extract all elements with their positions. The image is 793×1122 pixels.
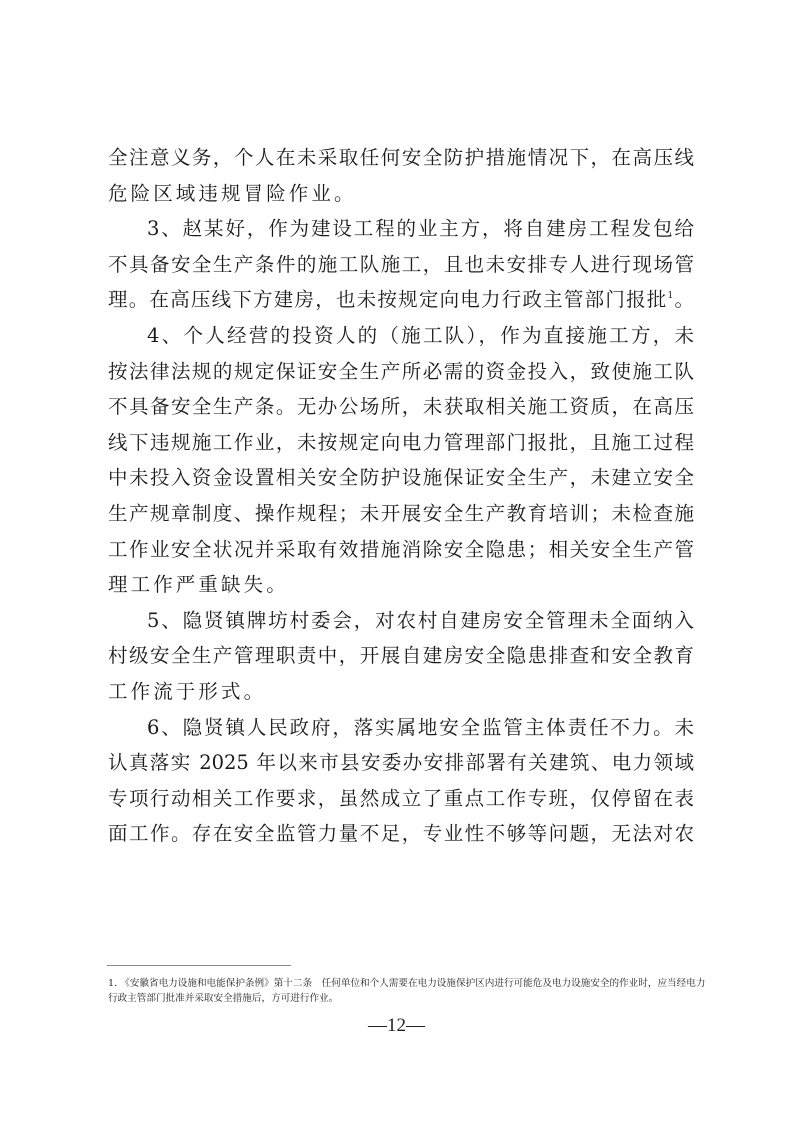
line-text: 理工作严重缺失。 [108, 573, 289, 596]
line-text: 按法律法规的规定保证安全生产所必需的资金投入，致使施工队 [108, 360, 694, 383]
line-text: 认真落实 2025 年以来市县安委办安排部署有关建筑、电力领域 [108, 751, 694, 774]
document-page: 全注意义务，个人在未采取任何安全防护措施情况下，在高压线危险区域违规冒险作业。3… [0, 0, 793, 1122]
line-text: 工作流于形式。 [108, 680, 266, 703]
text-line: 工作流于形式。 [108, 674, 694, 710]
line-text: 5、隐贤镇牌坊村委会，对农村自建房安全管理未全面纳入 [147, 609, 694, 632]
line-tail: 。 [673, 288, 694, 311]
line-text: 面工作。存在安全监管力量不足，专业性不够等问题，无法对农 [108, 822, 694, 845]
footnote-line-1: 1. 《安徽省电力设施和电能保护条例》第十二条 任何单位和个人需要在电力设施保护… [108, 976, 694, 991]
text-line: 理。在高压线下方建房，也未按规定向电力行政主管部门报批1。 [108, 282, 694, 318]
line-text: 生产规章制度、操作规程；未开展安全生产教育培训；未检查施 [108, 502, 694, 525]
line-text: 中未投入资金设置相关安全防护设施保证安全生产，未建立安全 [108, 466, 694, 489]
line-text: 3、赵某好，作为建设工程的业主方，将自建房工程发包给 [147, 217, 694, 240]
footnote-separator [107, 965, 291, 966]
text-line: 线下违规施工作业，未按规定向电力管理部门报批，且施工过程 [108, 425, 694, 461]
line-text: 工作业安全状况并采取有效措施消除安全隐患；相关安全生产管 [108, 538, 694, 561]
text-line: 不具备安全生产条。无办公场所，未获取相关施工资质，在高压 [108, 389, 694, 425]
line-text: 不具备安全生产条。无办公场所，未获取相关施工资质，在高压 [108, 395, 694, 418]
line-text: 村级安全生产管理职责中，开展自建房安全隐患排查和安全教育 [108, 644, 694, 667]
line-text: 线下违规施工作业，未按规定向电力管理部门报批，且施工过程 [108, 431, 694, 454]
paragraph-start-line: 5、隐贤镇牌坊村委会，对农村自建房安全管理未全面纳入 [108, 603, 694, 639]
text-line: 工作业安全状况并采取有效措施消除安全隐患；相关安全生产管 [108, 532, 694, 568]
text-line: 全注意义务，个人在未采取任何安全防护措施情况下，在高压线 [108, 140, 694, 176]
text-line: 不具备安全生产条件的施工队施工，且也未安排专人进行现场管 [108, 247, 694, 283]
text-line: 认真落实 2025 年以来市县安委办安排部署有关建筑、电力领域 [108, 745, 694, 781]
text-line: 危险区域违规冒险作业。 [108, 176, 694, 212]
text-line: 理工作严重缺失。 [108, 567, 694, 603]
text-line: 村级安全生产管理职责中，开展自建房安全隐患排查和安全教育 [108, 638, 694, 674]
paragraph-start-line: 3、赵某好，作为建设工程的业主方，将自建房工程发包给 [108, 211, 694, 247]
page-number: —12— [0, 1015, 793, 1037]
line-text: 不具备安全生产条件的施工队施工，且也未安排专人进行现场管 [108, 253, 694, 276]
paragraph-start-line: 6、隐贤镇人民政府，落实属地安全监管主体责任不力。未 [108, 710, 694, 746]
line-text: 危险区域违规冒险作业。 [108, 182, 357, 205]
text-line: 中未投入资金设置相关安全防护设施保证安全生产，未建立安全 [108, 460, 694, 496]
line-text: 专项行动相关工作要求，虽然成立了重点工作专班，仅停留在表 [108, 787, 694, 810]
line-text: 全注意义务，个人在未采取任何安全防护措施情况下，在高压线 [108, 146, 694, 169]
line-text: 理。在高压线下方建房，也未按规定向电力行政主管部门报批 [108, 288, 668, 311]
paragraph-start-line: 4、个人经营的投资人的（施工队），作为直接施工方，未 [108, 318, 694, 354]
line-text: 6、隐贤镇人民政府，落实属地安全监管主体责任不力。未 [147, 716, 694, 739]
line-text: 4、个人经营的投资人的（施工队），作为直接施工方，未 [147, 324, 694, 347]
text-line: 生产规章制度、操作规程；未开展安全生产教育培训；未检查施 [108, 496, 694, 532]
text-line: 面工作。存在安全监管力量不足，专业性不够等问题，无法对农 [108, 816, 694, 852]
footnote: 1. 《安徽省电力设施和电能保护条例》第十二条 任何单位和个人需要在电力设施保护… [108, 976, 694, 1006]
text-line: 专项行动相关工作要求，虽然成立了重点工作专班，仅停留在表 [108, 781, 694, 817]
footnote-line-2: 行政主管部门批准并采取安全措施后，方可进行作业。 [108, 991, 694, 1006]
body-text: 全注意义务，个人在未采取任何安全防护措施情况下，在高压线危险区域违规冒险作业。3… [108, 140, 694, 852]
text-line: 按法律法规的规定保证安全生产所必需的资金投入，致使施工队 [108, 354, 694, 390]
